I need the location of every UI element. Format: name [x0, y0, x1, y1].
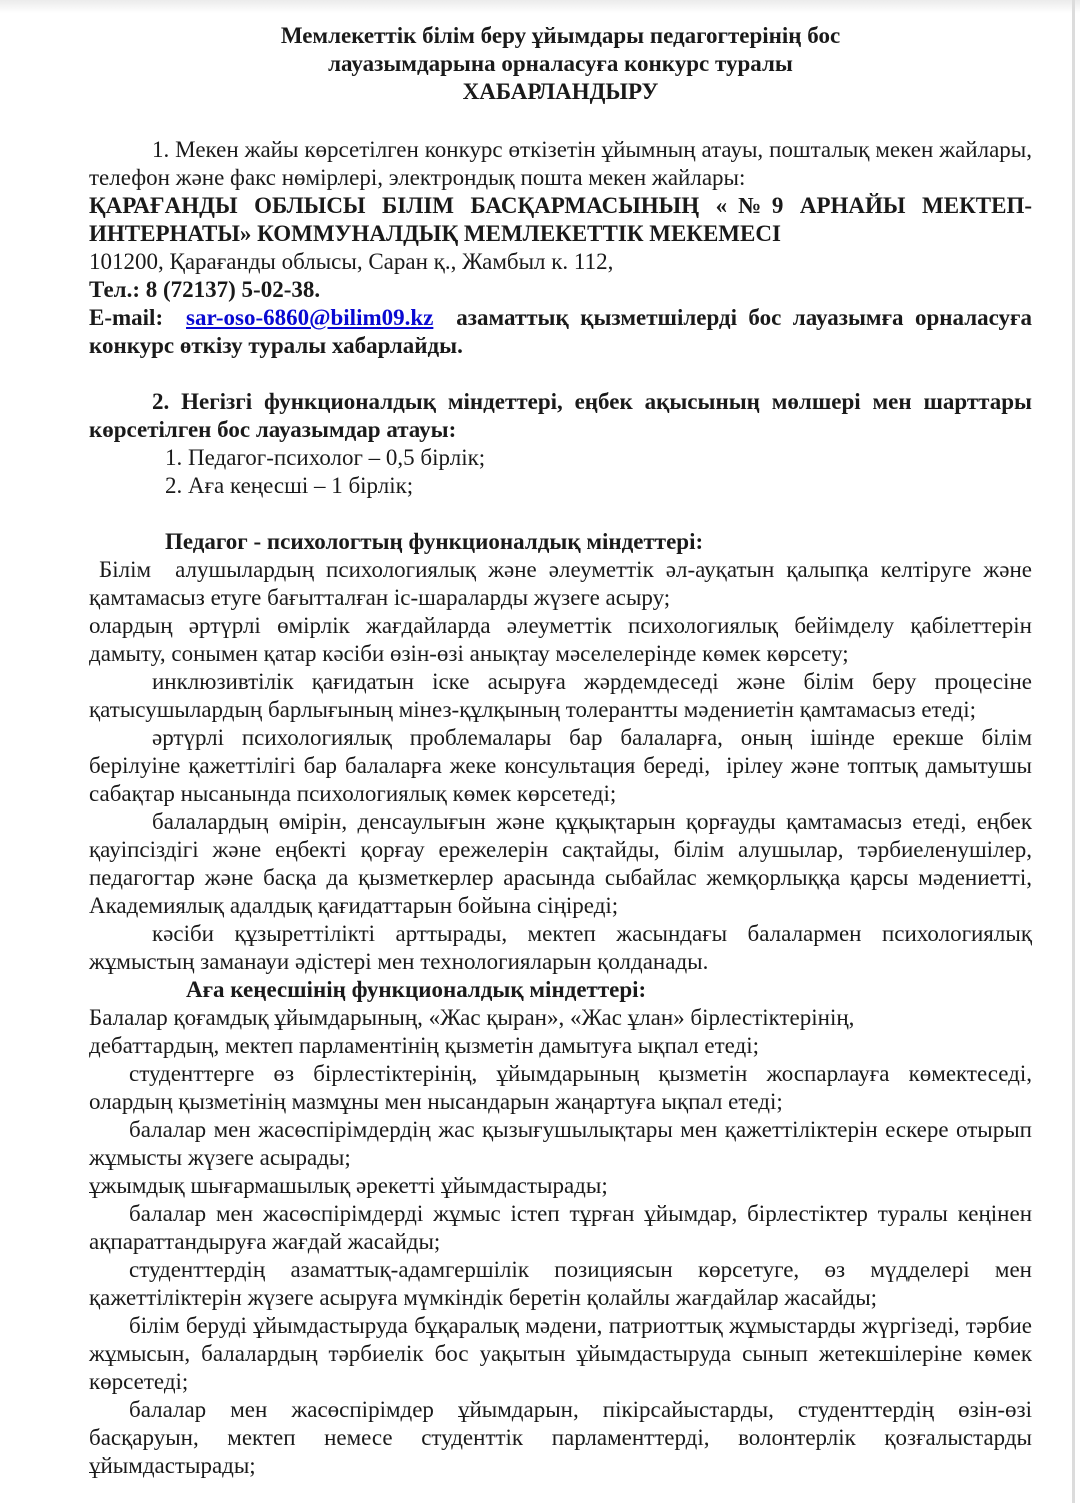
- vacancy-item-2: 2. Аға кеңесші – 1 бірлік;: [89, 472, 1032, 500]
- psych-duty-3-text: инклюзивтілік қағидатын іске асыруға жәр…: [89, 669, 1032, 722]
- counselor-duty-1b-text: дебаттардың, мектеп парламентінің қызмет…: [89, 1033, 759, 1058]
- counselor-duty-6: студенттердің азаматтық-адамгершілік поз…: [89, 1256, 1032, 1312]
- org-phone: Тел.: 8 (72137) 5-02-38.: [89, 276, 1032, 304]
- psychologist-duties-heading-text: Педагог - психологтың функционалдық мінд…: [165, 529, 703, 554]
- document-body: 1. Мекен жайы көрсетілген конкурс өткізе…: [89, 136, 1032, 1480]
- psych-duty-4: әртүрлі психологиялық проблемалары бар б…: [89, 724, 1032, 808]
- counselor-duty-5: балалар мен жасөспірімдерді жұмыс істеп …: [89, 1200, 1032, 1256]
- email-paragraph-text: E-mail:: [89, 305, 186, 330]
- spacer-1: [89, 360, 1032, 388]
- counselor-duty-6-text: студенттердің азаматтық-адамгершілік поз…: [89, 1257, 1032, 1310]
- counselor-duty-3-text: балалар мен жасөспірімдердің жас қызығуш…: [89, 1117, 1032, 1170]
- counselor-duties-heading: Аға кеңесшінің функционалдық міндеттері:: [89, 976, 1032, 1004]
- counselor-duty-4: ұжымдық шығармашылық әрекетті ұйымдастыр…: [89, 1172, 1032, 1200]
- vacancy-item-2-text: 2. Аға кеңесші – 1 бірлік;: [165, 473, 413, 498]
- psychologist-duties-heading: Педагог - психологтың функционалдық мінд…: [89, 528, 1032, 556]
- counselor-duty-8-text: балалар мен жасөспірімдер ұйымдарын, пік…: [89, 1397, 1032, 1478]
- psych-duty-4-text: әртүрлі психологиялық проблемалары бар б…: [89, 725, 1032, 806]
- org-address-text: 101200, Қарағанды облысы, Саран қ., Жамб…: [89, 249, 613, 274]
- counselor-duty-4-text: ұжымдық шығармашылық әрекетті ұйымдастыр…: [89, 1173, 608, 1198]
- intro-paragraph: 1. Мекен жайы көрсетілген конкурс өткізе…: [89, 136, 1032, 192]
- counselor-duty-3: балалар мен жасөспірімдердің жас қызығуш…: [89, 1116, 1032, 1172]
- psych-duty-6-text: кәсіби құзыреттілікті арттырады, мектеп …: [89, 921, 1032, 974]
- document-content: Мемлекеттік білім беру ұйымдары педагогт…: [0, 0, 1080, 1480]
- vacancy-item-1: 1. Педагог-психолог – 0,5 бірлік;: [89, 444, 1032, 472]
- counselor-duty-2-text: студенттерге өз бірлестіктерінің, ұйымда…: [89, 1061, 1032, 1114]
- counselor-duty-1b: дебаттардың, мектеп парламентінің қызмет…: [89, 1032, 1032, 1060]
- counselor-duty-8: балалар мен жасөспірімдер ұйымдарын, пік…: [89, 1396, 1032, 1480]
- counselor-duty-5-text: балалар мен жасөспірімдерді жұмыс істеп …: [89, 1201, 1032, 1254]
- page-edge-line: [1072, 0, 1075, 1503]
- email-paragraph: E-mail: sar-oso-6860@bilim09.kz азаматты…: [89, 304, 1032, 360]
- counselor-duty-2: студенттерге өз бірлестіктерінің, ұйымда…: [89, 1060, 1032, 1116]
- counselor-duty-7-text: білім беруді ұйымдастыруда бұқаралық мәд…: [89, 1313, 1032, 1394]
- intro-paragraph-text: 1. Мекен жайы көрсетілген конкурс өткізе…: [89, 137, 1032, 190]
- org-name: ҚАРАҒАНДЫ ОБЛЫСЫ БІЛІМ БАСҚАРМАСЫНЫҢ «№9…: [89, 192, 1032, 248]
- org-address: 101200, Қарағанды облысы, Саран қ., Жамб…: [89, 248, 1032, 276]
- org-phone-text: Тел.: 8 (72137) 5-02-38.: [89, 277, 320, 302]
- psych-duty-6: кәсіби құзыреттілікті арттырады, мектеп …: [89, 920, 1032, 976]
- title-line-2: лауазымдарына орналасуға конкурс туралы: [89, 50, 1032, 78]
- org-name-text: ҚАРАҒАНДЫ ОБЛЫСЫ БІЛІМ БАСҚАРМАСЫНЫҢ «№9…: [89, 193, 1032, 246]
- psych-duty-5-text: балалардың өмірін, денсаулығын және құқы…: [89, 809, 1032, 918]
- psych-duty-3: инклюзивтілік қағидатын іске асыруға жәр…: [89, 668, 1032, 724]
- section-2-heading: 2. Негізгі функционалдық міндеттері, еңб…: [89, 388, 1032, 444]
- section-2-heading-text: 2. Негізгі функционалдық міндеттері, еңб…: [89, 389, 1032, 442]
- title-line-1: Мемлекеттік білім беру ұйымдары педагогт…: [89, 22, 1032, 50]
- vacancy-item-1-text: 1. Педагог-психолог – 0,5 бірлік;: [165, 445, 485, 470]
- psych-duty-2: олардың әртүрлі өмірлік жағдайларда әлеу…: [89, 612, 1032, 668]
- document-page: Мемлекеттік білім беру ұйымдары педагогт…: [0, 0, 1080, 1503]
- counselor-duty-1a: Балалар қоғамдық ұйымдарының, «Жас қыран…: [89, 1004, 1032, 1032]
- spacer-2: [89, 500, 1032, 528]
- counselor-duty-7: білім беруді ұйымдастыруда бұқаралық мәд…: [89, 1312, 1032, 1396]
- psych-duty-5: балалардың өмірін, денсаулығын және құқы…: [89, 808, 1032, 920]
- psych-duty-1-text: Білім алушылардың психологиялық және әле…: [89, 557, 1032, 610]
- counselor-duties-heading-text: Аға кеңесшінің функционалдық міндеттері:: [186, 977, 646, 1002]
- counselor-duty-1a-text: Балалар қоғамдық ұйымдарының, «Жас қыран…: [89, 1005, 854, 1030]
- psych-duty-1: Білім алушылардың психологиялық және әле…: [89, 556, 1032, 612]
- email-link[interactable]: sar-oso-6860@bilim09.kz: [186, 305, 433, 330]
- document-title: Мемлекеттік білім беру ұйымдары педагогт…: [89, 22, 1032, 106]
- psych-duty-2-text: олардың әртүрлі өмірлік жағдайларда әлеу…: [89, 613, 1032, 666]
- title-line-3: ХАБАРЛАНДЫРУ: [89, 78, 1032, 106]
